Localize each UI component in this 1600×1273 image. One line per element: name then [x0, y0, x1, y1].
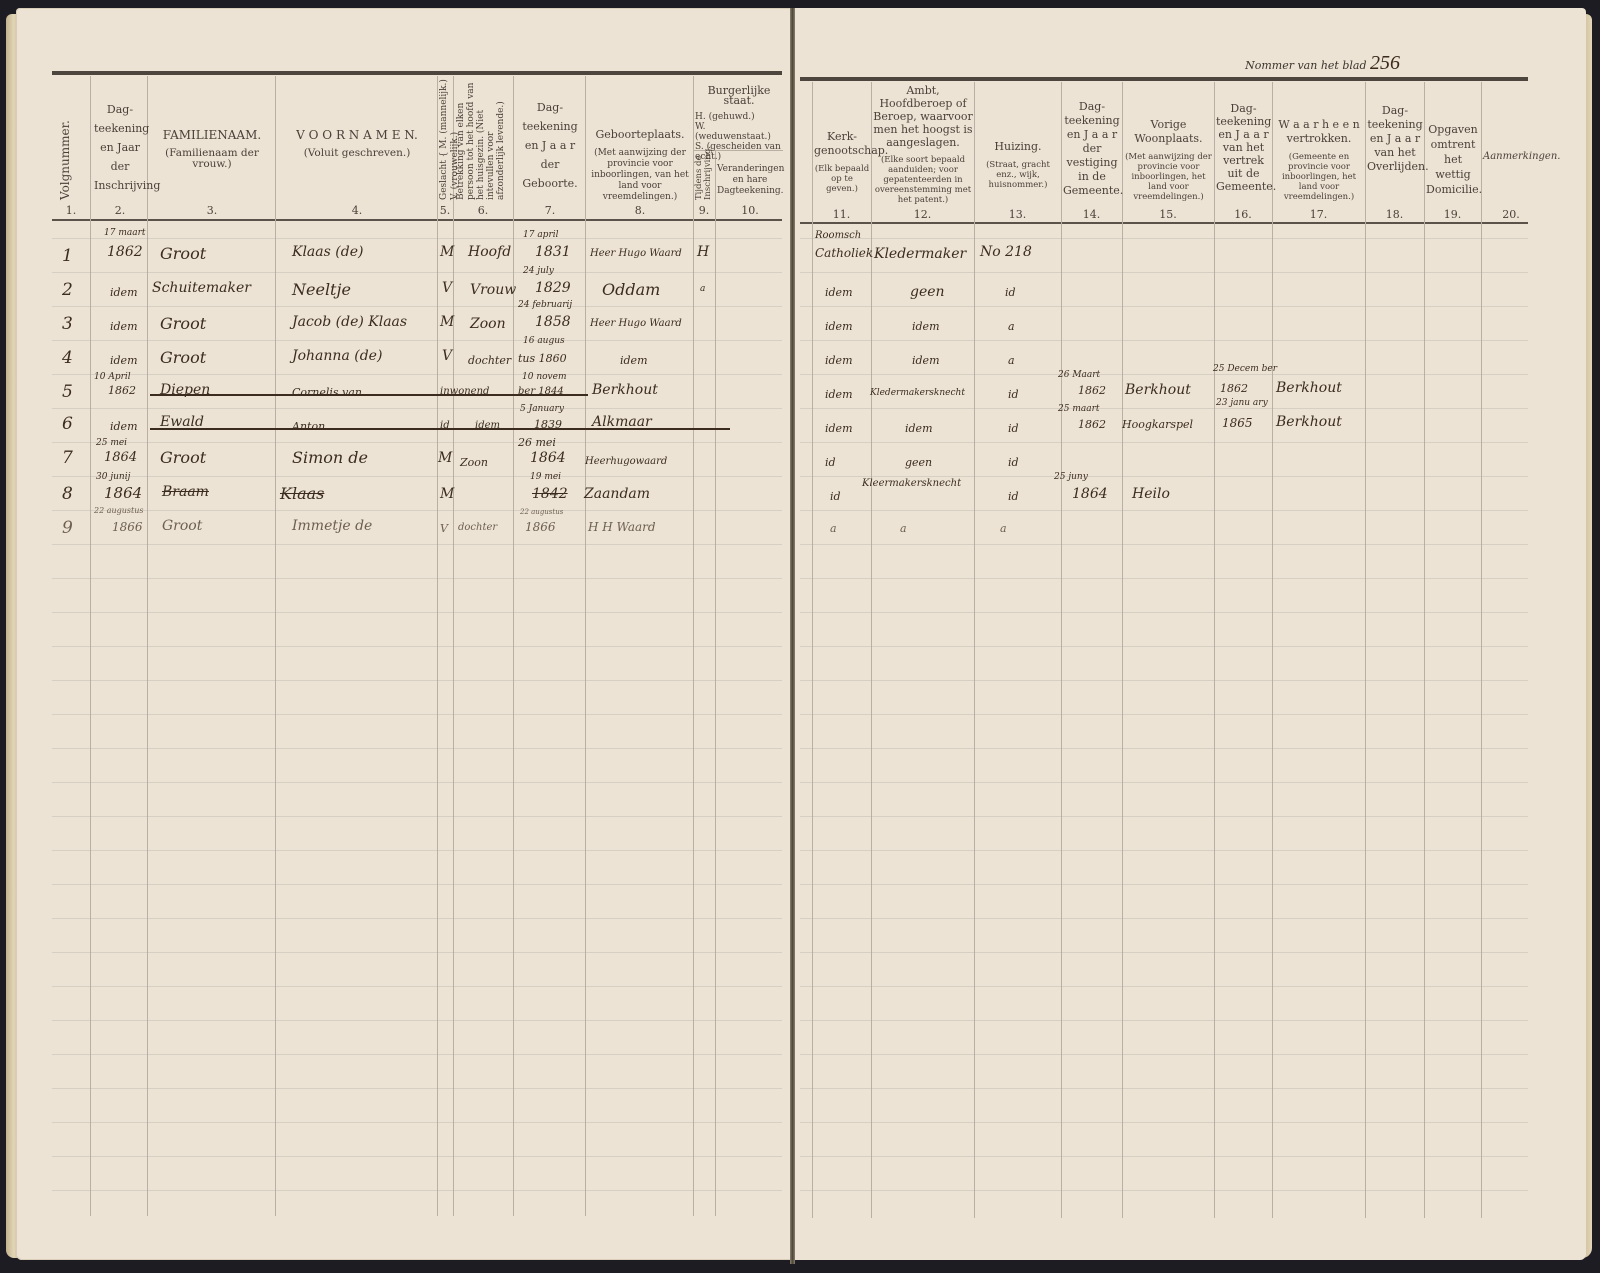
col-num-2: 2.	[94, 204, 146, 217]
sheet-number-value: 256	[1370, 52, 1400, 74]
header-waarheen-sub: (Gemeente en provincie voor inboorlingen…	[1274, 152, 1364, 202]
entry-number: 3	[62, 314, 73, 334]
col-num-13: 13.	[974, 208, 1061, 221]
entry-number: 2	[62, 280, 73, 300]
col-num-10: 10.	[717, 204, 783, 217]
entry-birth: 1858	[535, 314, 571, 330]
col-divider	[812, 82, 813, 1218]
entry-settle-top: 25 juny	[1054, 472, 1088, 482]
col-num-20: 20.	[1481, 208, 1541, 221]
entry-date: 1864	[104, 450, 137, 465]
entry-sex: V	[440, 522, 448, 535]
entry-date-top: 10 April	[94, 372, 131, 382]
ruling-line	[800, 544, 1528, 545]
entry-occupation: geen	[905, 456, 932, 469]
entry-church-top: Roomsch	[815, 230, 861, 241]
header-waarheen: W a a r h e e n vertrokken. (Gemeente en…	[1274, 118, 1364, 202]
col-divider	[974, 82, 975, 1218]
header-betrekking: Betrekking van elken persoon tot het hoo…	[456, 78, 511, 200]
entry-house: id	[1008, 388, 1019, 401]
entry-previous-place: Hoogkarspel	[1122, 418, 1193, 431]
header-bottom-rule-right	[800, 222, 1528, 224]
header-huizing-sub: (Straat, gracht enz., wijk, huisnommer.)	[976, 160, 1060, 190]
col-num-14: 14.	[1061, 208, 1122, 221]
ruling-line	[52, 1122, 782, 1123]
entry-relation: Hoofd	[468, 244, 511, 260]
burgerlijke-w: W. (weduwenstaat.)	[695, 122, 783, 142]
ruling-line	[52, 714, 782, 715]
header-huizing: Huizing. (Straat, gracht enz., wijk, hui…	[976, 140, 1060, 190]
ruling-line	[800, 646, 1528, 647]
ruling-line	[800, 272, 1528, 273]
ruling-line	[800, 884, 1528, 885]
entry-relation: dochter	[458, 522, 497, 533]
entry-date: idem	[110, 354, 138, 367]
entry-date-top: 30 junij	[96, 472, 130, 482]
entry-settle-top: 26 Maart	[1058, 370, 1100, 380]
col-num-7: 7.	[516, 204, 584, 217]
header-geslacht: Geslacht { M. (mannelijk.) V. (vrouwelij…	[439, 78, 453, 200]
ruling-line	[52, 272, 782, 273]
ruling-line	[52, 680, 782, 681]
entry-previous-place: Heilo	[1132, 486, 1170, 502]
ruling-line	[52, 544, 782, 545]
entry-birthplace: Oddam	[602, 280, 660, 299]
ruling-line	[800, 1088, 1528, 1089]
col-num-5: 5.	[437, 204, 453, 217]
entry-birthplace: Heer Hugo Waard	[590, 248, 682, 259]
col-num-4: 4.	[278, 204, 436, 217]
sheet-number: Nommer van het blad 256	[1245, 52, 1400, 75]
entry-date: 1862	[108, 384, 136, 397]
entry-birth-top: 24 july	[523, 266, 554, 276]
ruling-line	[800, 1020, 1528, 1021]
entry-date-top: 25 mei	[96, 438, 127, 448]
header-beroep-title: Ambt, Hoofdberoep of Beroep, waarvoor me…	[873, 84, 973, 149]
header-geboorte: Dag- teekening en J a a r der Geboorte.	[516, 98, 584, 193]
entry-occupation: Kledermakersknecht	[870, 388, 965, 398]
col-divider	[715, 150, 716, 1216]
entry-destination: Berkhout	[1276, 380, 1342, 396]
col-num-17: 17.	[1272, 208, 1365, 221]
entry-depart-top: 23 janu ary	[1216, 398, 1268, 408]
header-vorige-woonplaats: Vorige Woonplaats. (Met aanwijzing der p…	[1124, 118, 1213, 202]
header-dagteekening-inschrijving: Dag- teekening en Jaar der Inschrijving	[94, 100, 146, 195]
entry-sex: V	[442, 280, 452, 296]
entry-number: 1	[62, 246, 73, 266]
entry-date: idem	[110, 286, 138, 299]
header-geboorteplaats-sub: (Met aanwijzing der provincie voor inboo…	[588, 148, 692, 203]
entry-church: Catholiek	[815, 246, 873, 260]
entry-house: a	[1008, 320, 1015, 333]
ruling-line	[52, 850, 782, 851]
entry-birth-top: 17 april	[523, 230, 559, 240]
ruling-line	[52, 816, 782, 817]
ruling-line	[800, 952, 1528, 953]
entry-number: 5	[62, 382, 73, 402]
ruling-line	[800, 1156, 1528, 1157]
header-veranderingen: Veranderingen en hare Dagteekening.	[717, 164, 783, 197]
entry-house: id	[1008, 422, 1019, 435]
entry-date-top: 17 maart	[104, 228, 146, 238]
entry-birth-top: 26 mei	[518, 436, 556, 449]
entry-surname: Schuitemaker	[152, 280, 251, 296]
header-familienaam-title: FAMILIENAAM.	[150, 128, 274, 142]
ruling-line	[800, 1190, 1528, 1191]
ruling-line	[52, 884, 782, 885]
col-divider	[1122, 82, 1123, 1218]
header-geboorteplaats-title: Geboorteplaats.	[588, 128, 692, 142]
entry-relation: dochter	[468, 354, 511, 367]
entry-birthplace: Heerhugowaard	[585, 456, 667, 467]
burgerlijke-staat-title: Burgerlijke staat.	[695, 86, 783, 106]
entry-house: a	[1000, 522, 1007, 535]
entry-birth: 1842	[532, 486, 568, 502]
ruling-line	[52, 238, 782, 239]
col-divider	[1214, 82, 1215, 1218]
entry-occupation: Kledermaker	[874, 246, 966, 262]
header-top-rule-left	[52, 71, 782, 75]
entry-sex: M	[440, 486, 454, 502]
ruling-line	[52, 918, 782, 919]
ruling-line	[52, 442, 782, 443]
header-voornamen-sub: (Voluit geschreven.)	[278, 148, 436, 159]
entry-date: 1862	[107, 244, 143, 260]
ruling-line	[52, 1020, 782, 1021]
ruling-line	[52, 476, 782, 477]
ruling-line	[800, 578, 1528, 579]
entry-number: 4	[62, 348, 73, 368]
ruling-line	[52, 510, 782, 511]
ruling-line	[800, 408, 1528, 409]
col-num-16: 16.	[1214, 208, 1272, 221]
entry-relation: Zoon	[460, 456, 488, 469]
entry-occupation: idem	[905, 422, 933, 435]
header-bottom-rule-left	[52, 219, 782, 221]
header-kerk-sub: (Elk bepaald op te geven.)	[814, 164, 870, 194]
entry-number: 9	[62, 518, 73, 538]
col-num-19: 19.	[1424, 208, 1481, 221]
header-domicilie: Opgaven omtrent het wettig Domicilie.	[1426, 122, 1480, 197]
entry-birthplace: idem	[620, 354, 648, 367]
entry-church: id	[825, 456, 836, 469]
entry-birth: 1864	[530, 450, 566, 466]
ruling-line	[52, 612, 782, 613]
entry-birth: tus 1860	[518, 352, 567, 365]
ruling-line	[52, 1190, 782, 1191]
entry-church: idem	[825, 286, 853, 299]
entry-relation: Vrouw	[470, 282, 516, 298]
entry-occupation: geen	[910, 284, 945, 300]
ruling-line	[52, 340, 782, 341]
entry-occupation: idem	[912, 320, 940, 333]
col-num-3: 3.	[150, 204, 274, 217]
ruling-line	[800, 1122, 1528, 1123]
ruling-line	[800, 306, 1528, 307]
entry-surname: Groot	[160, 348, 206, 367]
header-overlijden: Dag- teekening en J a a r van het Overli…	[1367, 104, 1423, 174]
col-num-8: 8.	[588, 204, 692, 217]
book-spine	[790, 8, 795, 1264]
entry-given-names: Immetje de	[292, 518, 372, 534]
ruling-line	[52, 748, 782, 749]
entry-birthplace: Heer Hugo Waard	[590, 318, 682, 329]
entry-surname: Braam	[162, 484, 209, 500]
header-top-rule-right	[800, 77, 1528, 81]
ruling-line	[800, 238, 1528, 239]
entry-destination: Berkhout	[1276, 414, 1342, 430]
entry-house: No 218	[980, 244, 1032, 260]
col-num-12: 12.	[871, 208, 974, 221]
header-huizing-title: Huizing.	[976, 140, 1060, 154]
ruling-line	[800, 748, 1528, 749]
header-kerk-title: Kerk- genootschap.	[814, 130, 870, 158]
entry-birth-top: 22 augustus	[520, 508, 563, 516]
ruling-line	[52, 782, 782, 783]
header-kerkgenootschap: Kerk- genootschap. (Elk bepaald op te ge…	[814, 130, 870, 194]
ruling-line	[800, 340, 1528, 341]
entry-church: a	[830, 522, 837, 535]
entry-civil-status: H	[697, 244, 709, 260]
entry-church: idem	[825, 354, 853, 367]
ruling-line	[800, 510, 1528, 511]
entry-occupation: Kleermakersknecht	[862, 478, 961, 489]
col-num-1: 1.	[56, 204, 86, 217]
col-divider	[1365, 82, 1366, 1218]
entry-house: id	[1008, 456, 1019, 469]
ruling-line	[800, 714, 1528, 715]
header-vestiging: Dag- teekening en J a a r der vestiging …	[1063, 100, 1121, 198]
entry-occupation: a	[900, 522, 907, 535]
ruling-line	[52, 408, 782, 409]
header-familienaam: FAMILIENAAM. (Familienaam der vrouw.)	[150, 128, 274, 170]
ruling-line	[800, 918, 1528, 919]
entry-birthplace: Zaandam	[584, 486, 650, 502]
entry-given-names: Neeltje	[292, 280, 351, 299]
entry-given-names: Klaas (de)	[292, 244, 363, 260]
col-divider	[1272, 82, 1273, 1218]
header-tijdens-inschrijving: Tijdens de Inschrijving.	[695, 154, 713, 200]
ruling-line	[52, 306, 782, 307]
entry-depart: 1865	[1222, 416, 1253, 430]
entry-birth-top: 10 novem	[522, 372, 566, 382]
entry-birth: 1829	[535, 280, 571, 296]
col-num-6: 6.	[455, 204, 511, 217]
entry-settle: 1862	[1078, 418, 1106, 431]
entry-birth-top: 19 mei	[530, 472, 561, 482]
ruling-line	[800, 680, 1528, 681]
ruling-line	[800, 442, 1528, 443]
entry-church: idem	[825, 388, 853, 401]
col-num-9: 9.	[693, 204, 715, 217]
entry-given-names: Simon de	[292, 448, 368, 467]
ruling-line	[800, 1054, 1528, 1055]
strike-through-line	[150, 394, 588, 396]
entry-sex: M	[440, 314, 454, 330]
ruling-line	[52, 374, 782, 375]
header-geboorteplaats: Geboorteplaats. (Met aanwijzing der prov…	[588, 128, 692, 203]
entry-date: 1866	[112, 520, 143, 534]
ruling-line	[800, 612, 1528, 613]
ruling-line	[52, 646, 782, 647]
header-waarheen-title: W a a r h e e n vertrokken.	[1274, 118, 1364, 146]
entry-birth-top: 16 augus	[523, 336, 565, 346]
entry-given-names: Jacob (de) Klaas	[292, 314, 407, 330]
entry-occupation: idem	[912, 354, 940, 367]
entry-house: a	[1008, 354, 1015, 367]
ruling-line	[800, 816, 1528, 817]
entry-birth-top: 5 January	[520, 404, 564, 414]
entry-settle: 1864	[1072, 486, 1108, 502]
entry-number: 8	[62, 484, 73, 504]
ruling-line	[52, 952, 782, 953]
col-divider	[1424, 82, 1425, 1218]
col-divider	[1061, 82, 1062, 1218]
header-familienaam-sub: (Familienaam der vrouw.)	[150, 148, 274, 170]
strike-through-line	[150, 428, 730, 430]
entry-sex: V	[442, 348, 452, 364]
entry-church: id	[830, 490, 841, 503]
header-vorige-title: Vorige Woonplaats.	[1124, 118, 1213, 146]
entry-church: idem	[825, 422, 853, 435]
entry-birth: 1866	[525, 520, 556, 534]
entry-house: id	[1008, 490, 1019, 503]
sheet-label: Nommer van het blad	[1245, 59, 1366, 72]
header-beroep: Ambt, Hoofdberoep of Beroep, waarvoor me…	[873, 84, 973, 205]
entry-birth: 1831	[535, 244, 571, 260]
entry-sex: M	[440, 244, 454, 260]
entry-birthplace: H H Waard	[588, 520, 656, 534]
ruling-line	[800, 782, 1528, 783]
entry-date: idem	[110, 420, 138, 433]
header-voornamen-title: V O O R N A M E N.	[278, 128, 436, 142]
entry-surname: Groot	[160, 448, 206, 467]
ruling-line	[52, 1088, 782, 1089]
entry-given-names: Johanna (de)	[292, 348, 382, 364]
entry-settle: 1862	[1078, 384, 1106, 397]
entry-surname: Diepen	[160, 382, 210, 398]
header-beroep-sub: (Elke soort bepaald aanduiden; voor gepa…	[873, 155, 973, 205]
entry-given-names: Klaas	[280, 484, 324, 503]
ruling-line	[800, 850, 1528, 851]
entry-number: 6	[62, 414, 73, 434]
col-divider	[1481, 82, 1482, 1218]
col-num-18: 18.	[1365, 208, 1424, 221]
entry-given-names: Cornelis van	[292, 386, 362, 399]
header-aanmerkingen: Aanmerkingen.	[1483, 150, 1543, 164]
entry-relation: Zoon	[470, 316, 506, 332]
entry-surname: Groot	[160, 314, 206, 333]
entry-depart-top: 25 Decem ber	[1213, 364, 1277, 374]
entry-surname: Groot	[160, 244, 206, 263]
header-vorige-sub: (Met aanwijzing der provincie voor inboo…	[1124, 152, 1213, 202]
entry-surname: Groot	[162, 518, 202, 534]
ruling-line	[52, 986, 782, 987]
col-num-11: 11.	[812, 208, 871, 221]
entry-date: 1864	[104, 484, 142, 502]
header-volgnummer: Volgnummer.	[60, 100, 80, 200]
entry-birth-top: 24 februarij	[518, 300, 572, 310]
header-vertrek: Dag- teekening en J a a r van het vertre…	[1216, 102, 1271, 193]
entry-previous-place: Berkhout	[1125, 382, 1191, 398]
entry-birthplace: Berkhout	[592, 382, 658, 398]
entry-house: id	[1005, 286, 1016, 299]
entry-depart: 1862	[1220, 382, 1248, 395]
entry-church: idem	[825, 320, 853, 333]
entry-date-top: 22 augustus	[94, 506, 144, 515]
ruling-line	[800, 476, 1528, 477]
ruling-line	[800, 374, 1528, 375]
header-voornamen: V O O R N A M E N. (Voluit geschreven.)	[278, 128, 436, 159]
entry-sex: M	[438, 450, 452, 466]
entry-settle-top: 25 maart	[1058, 404, 1100, 414]
burgerlijke-h: H. (gehuwd.)	[695, 112, 783, 122]
ruling-line	[52, 578, 782, 579]
ruling-line	[52, 1054, 782, 1055]
entry-given-names: Anton	[292, 420, 325, 433]
ruling-line	[800, 986, 1528, 987]
entry-number: 7	[62, 448, 73, 468]
entry-date: idem	[110, 320, 138, 333]
ruling-line	[52, 1156, 782, 1157]
entry-civil-status: a	[700, 284, 705, 294]
col-num-15: 15.	[1122, 208, 1214, 221]
